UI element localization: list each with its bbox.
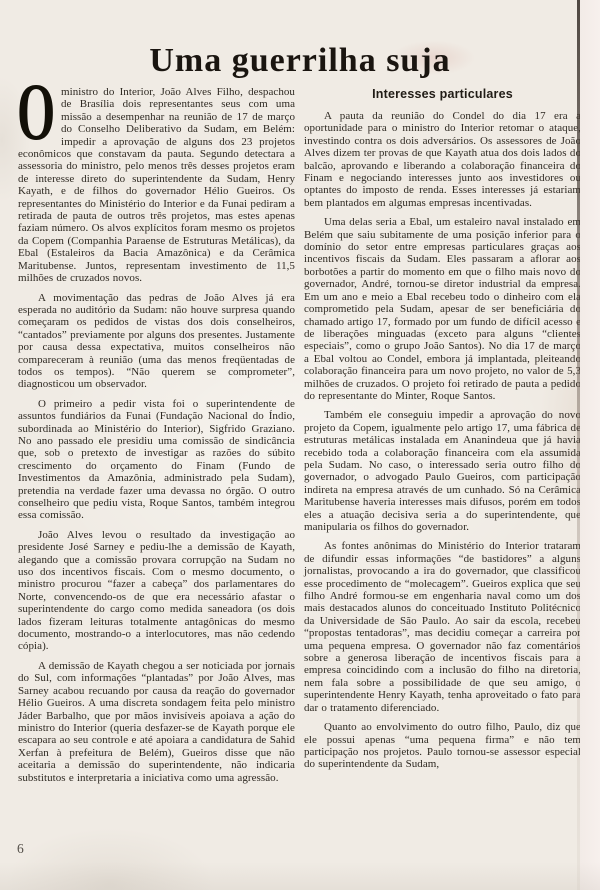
paragraph: A movimentação das pedras de João Alves … (18, 292, 295, 391)
paragraph: A demissão de Kayath chegou a ser notici… (18, 660, 295, 784)
paragraph: Quanto ao envolvimento do outro filho, P… (304, 721, 581, 771)
page-bottom-shadow (0, 862, 600, 890)
page-edge-shadow (577, 0, 580, 890)
paragraph: A pauta da reunião do Condel do dia 17 e… (304, 110, 581, 209)
drop-cap: O (17, 87, 55, 137)
paragraph: João Alves levou o resultado da investig… (18, 529, 295, 653)
paragraph: Uma delas seria a Ebal, um estaleiro nav… (304, 216, 581, 402)
page-number: 6 (17, 842, 24, 856)
paragraph: O primeiro a pedir vista foi o superinte… (18, 398, 295, 522)
right-column: Interesses particulares A pauta da reuni… (304, 86, 581, 791)
page-edge-tint (580, 0, 600, 890)
left-column: O ministro do Interior, João Alves Filho… (18, 86, 295, 791)
article-title: Uma guerrilha suja (0, 0, 600, 81)
article-columns: O ministro do Interior, João Alves Filho… (0, 81, 600, 791)
paragraph: O ministro do Interior, João Alves Filho… (18, 86, 295, 285)
magazine-page: Uma guerrilha suja O ministro do Interio… (0, 0, 600, 890)
paragraph: Também ele conseguiu impedir a aprovação… (304, 409, 581, 533)
section-heading: Interesses particulares (304, 87, 581, 101)
paragraph: As fontes anônimas do Ministério do Inte… (304, 540, 581, 714)
